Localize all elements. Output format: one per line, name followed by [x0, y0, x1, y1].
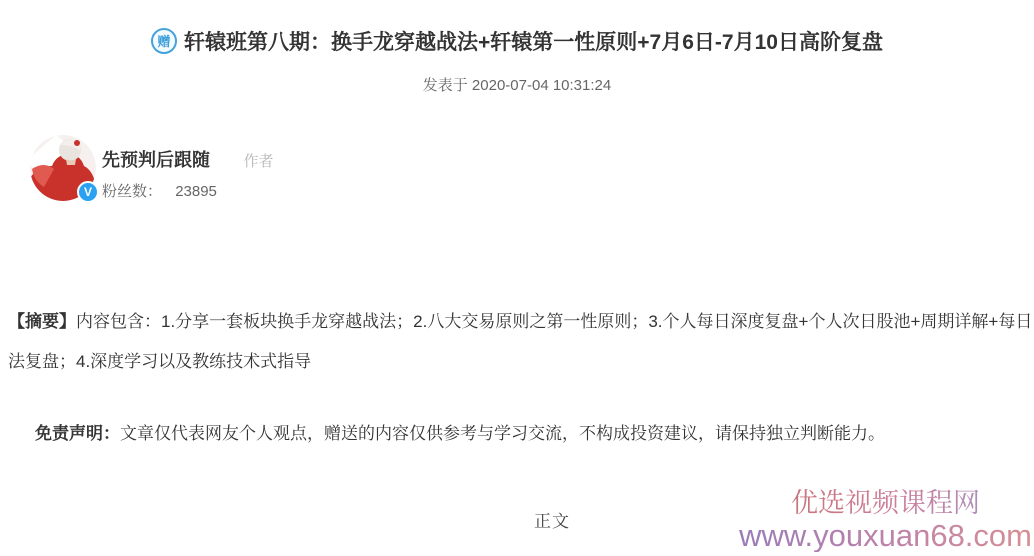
- summary-line-1: 【摘要】内容包含：1.分享一套板块换手龙穿越战法；2.八大交易原则之第一性原则；…: [8, 302, 1034, 342]
- publish-date: 发表于 2020-07-04 10:31:24: [0, 74, 1034, 95]
- fans-row: 粉丝数： 23895: [102, 180, 273, 201]
- gift-badge-icon: 赠: [151, 28, 177, 54]
- summary-block: 【摘要】内容包含：1.分享一套板块换手龙穿越战法；2.八大交易原则之第一性原则；…: [8, 302, 1034, 382]
- site-watermark: 优选视频课程网 www.youxuan68.com: [739, 489, 1032, 552]
- watermark-site-url: www.youxuan68.com: [739, 519, 1032, 552]
- summary-line-2: 法复盘；4.深度学习以及教练技术式指导: [8, 342, 1034, 382]
- disclaimer-prefix: 免责声明：: [35, 424, 120, 443]
- author-name[interactable]: 先预判后跟随: [102, 150, 210, 170]
- verified-badge-icon: V: [77, 181, 99, 203]
- post-header: 赠 轩辕班第八期：换手龙穿越战法+轩辕第一性原则+7月6日-7月10日高阶复盘: [0, 26, 1034, 56]
- summary-text-1: 内容包含：1.分享一套板块换手龙穿越战法；2.八大交易原则之第一性原则；3.个人…: [76, 312, 1032, 331]
- disclaimer-block: 免责声明：文章仅代表网友个人观点，赠送的内容仅供参考与学习交流，不构成投资建议，…: [35, 419, 885, 444]
- author-avatar[interactable]: V: [30, 135, 96, 201]
- watermark-site-name: 优选视频课程网: [739, 489, 1032, 518]
- main-content-label: 正文: [534, 507, 570, 532]
- fans-count: 23895: [175, 183, 217, 200]
- summary-prefix: 【摘要】: [8, 312, 76, 331]
- fans-label: 粉丝数：: [102, 183, 162, 200]
- author-name-row: 先预判后跟随 作者: [102, 146, 273, 172]
- author-card: V 先预判后跟随 作者 粉丝数： 23895: [30, 135, 390, 205]
- post-page: 赠 轩辕班第八期：换手龙穿越战法+轩辕第一性原则+7月6日-7月10日高阶复盘 …: [0, 0, 1034, 556]
- page-title: 轩辕班第八期：换手龙穿越战法+轩辕第一性原则+7月6日-7月10日高阶复盘: [184, 26, 883, 56]
- author-role-label: 作者: [243, 153, 273, 170]
- author-info: 先预判后跟随 作者 粉丝数： 23895: [102, 146, 273, 201]
- disclaimer-text: 文章仅代表网友个人观点，赠送的内容仅供参考与学习交流，不构成投资建议，请保持独立…: [120, 424, 885, 443]
